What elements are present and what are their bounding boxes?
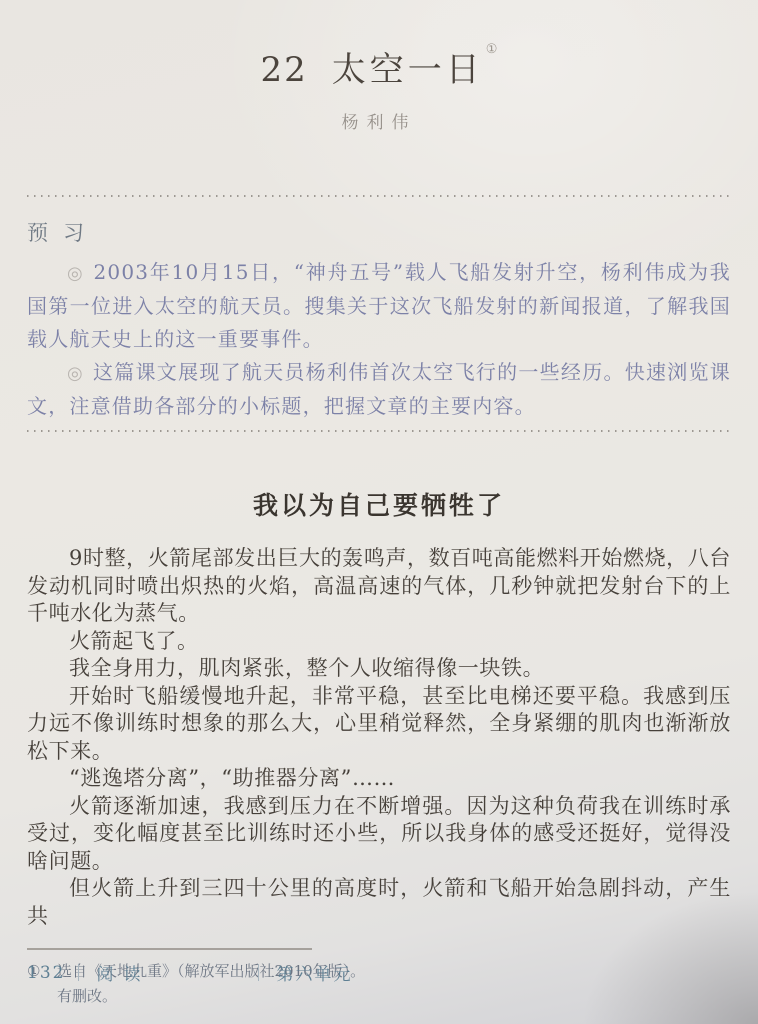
ornament-icon: ◎ [67, 263, 85, 284]
preview-item: ◎这篇课文展现了航天员杨利伟首次太空飞行的一些经历。快速浏览课文，注意借助各部分… [27, 356, 731, 423]
textbook-page: 22太空一日① 杨利伟 预习 ◎2003年10月15日，“神舟五号”载人飞船发射… [0, 0, 758, 1024]
preview-item-text: 这篇课文展现了航天员杨利伟首次太空飞行的一些经历。快速浏览课文，注意借助各部分的… [27, 360, 731, 418]
page-title: 22太空一日① [27, 0, 731, 92]
article-paragraph: 火箭起飞了。 [27, 628, 731, 656]
author-name: 杨利伟 [27, 108, 731, 133]
dotted-divider-top [27, 195, 731, 197]
preview-item: ◎2003年10月15日，“神舟五号”载人飞船发射升空，杨利伟成为我国第一位进入… [27, 256, 731, 356]
footnote-line: 有删改。 [57, 987, 117, 1005]
article-paragraph: 但火箭上升到三四十公里的高度时，火箭和飞船开始急剧抖动，产生共 [27, 875, 731, 930]
footer-divider-bar [78, 964, 79, 981]
footer-unit-label: 第六单元 [276, 960, 352, 985]
article-paragraph: 火箭逐渐加速，我感到压力在不断增强。因为这种负荷我在训练时承受过，变化幅度甚至比… [27, 793, 731, 876]
article-paragraph: “逃逸塔分离”，“助推器分离”…… [27, 765, 731, 793]
article-paragraph: 我全身用力，肌肉紧张，整个人收缩得像一块铁。 [27, 655, 731, 683]
page-footer: 132 阅读 第六单元 [27, 960, 352, 985]
footer-section-label: 阅读 [96, 960, 150, 985]
title-footnote-ref: ① [486, 42, 498, 57]
section-heading: 我以为自己要牺牲了 [27, 486, 731, 522]
ornament-icon: ◎ [67, 363, 84, 384]
page-number: 132 [27, 963, 65, 983]
preview-item-text: 2003年10月15日，“神舟五号”载人飞船发射升空，杨利伟成为我国第一位进入太… [27, 260, 731, 351]
preview-heading: 预习 [27, 217, 731, 247]
footnote-rule [27, 948, 312, 950]
preview-section: 预习 ◎2003年10月15日，“神舟五号”载人飞船发射升空，杨利伟成为我国第一… [27, 217, 731, 423]
article-body: 我以为自己要牺牲了 9时整，火箭尾部发出巨大的轰鸣声，数百吨高能燃料开始燃烧，八… [27, 486, 731, 930]
footer-divider-bar [258, 964, 259, 981]
article-paragraph: 9时整，火箭尾部发出巨大的轰鸣声，数百吨高能燃料开始燃烧，八台发动机同时喷出炽热… [27, 545, 731, 628]
lesson-title-text: 太空一日 [332, 50, 484, 90]
article-paragraph: 开始时飞船缓慢地升起，非常平稳，甚至比电梯还要平稳。我感到压力远不像训练时想象的… [27, 683, 731, 766]
lesson-number: 22 [261, 50, 308, 90]
dotted-divider-bottom [27, 430, 731, 432]
